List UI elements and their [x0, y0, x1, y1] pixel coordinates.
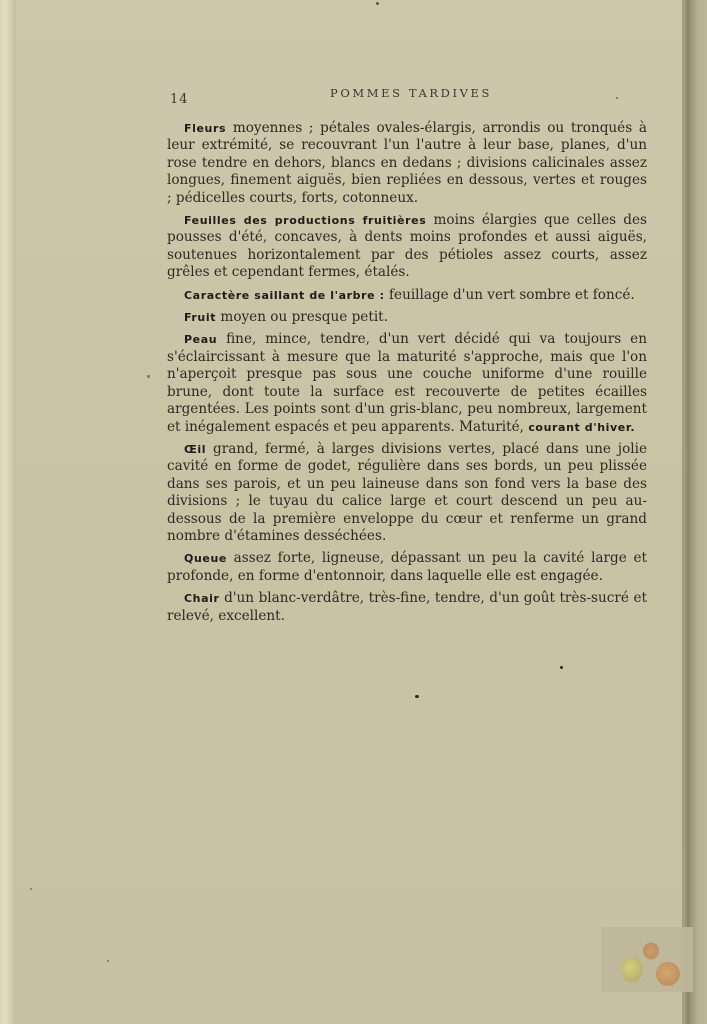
paragraph-text: grand, fermé, à larges divisions vertes,…: [167, 441, 647, 544]
paragraph-lead: Chair: [184, 592, 220, 605]
paragraph-lead: Peau: [184, 333, 217, 346]
paragraph-lead: Fleurs: [184, 122, 226, 135]
apple-icon: [643, 942, 659, 960]
paragraph-lead: Queue: [184, 552, 227, 565]
paper-speck: [30, 888, 32, 890]
paragraph-chair: Chair d'un blanc-verdâtre, très-fine, te…: [167, 590, 647, 625]
paragraph-text: assez forte, ligneuse, dépassant un peu …: [167, 550, 647, 583]
paragraph-oeil: Œil grand, fermé, à larges divisions ver…: [167, 441, 647, 545]
apple-icon: [621, 957, 643, 983]
paper-speck: [107, 960, 109, 962]
page-number: 14: [170, 92, 189, 107]
paragraph-lead: Œil: [184, 443, 206, 456]
paragraph-peau: Peau fine, mince, tendre, d'un vert déci…: [167, 331, 647, 435]
paragraph-caractere: Caractère saillant de l'arbre : feuillag…: [167, 287, 647, 304]
paragraph-fleurs: Fleurs moyennes ; pétales ovales-élargis…: [167, 120, 647, 207]
paragraph-lead: Feuilles des productions fruitières: [184, 214, 426, 227]
paragraph-feuilles: Feuilles des productions fruitières moin…: [167, 212, 647, 282]
apple-icon: [656, 962, 680, 986]
paragraph-fruit: Fruit moyen ou presque petit.: [167, 309, 647, 326]
page-body: Fleurs moyennes ; pétales ovales-élargis…: [167, 120, 647, 630]
paper-speck: [147, 375, 150, 378]
paper-speck: [376, 2, 379, 5]
running-head: POMMES TARDIVES: [330, 86, 492, 100]
paragraph-text: moyennes ; pétales ovales-élargis, arron…: [167, 120, 647, 206]
page-header: 14 POMMES TARDIVES: [168, 84, 648, 106]
paragraph-text: feuillage d'un vert sombre et foncé.: [385, 287, 635, 303]
left-binding-strip: [0, 0, 16, 1024]
paragraph-text: fine, mince, tendre, d'un vert décidé qu…: [167, 331, 647, 434]
paragraph-lead: Caractère saillant de l'arbre :: [184, 289, 385, 302]
corner-watermark: [601, 927, 693, 992]
paper-speck: [616, 97, 618, 99]
paragraph-queue: Queue assez forte, ligneuse, dépassant u…: [167, 550, 647, 585]
paragraph-lead: Fruit: [184, 311, 216, 324]
paragraph-text: moyen ou presque petit.: [216, 309, 388, 325]
paper-speck: [560, 666, 563, 669]
page-edge-shadow: [684, 0, 707, 1024]
maturity-value: courant d'hiver.: [528, 421, 635, 434]
paragraph-text: d'un blanc-verdâtre, très-fine, tendre, …: [167, 590, 647, 623]
paper-speck: [415, 695, 419, 698]
